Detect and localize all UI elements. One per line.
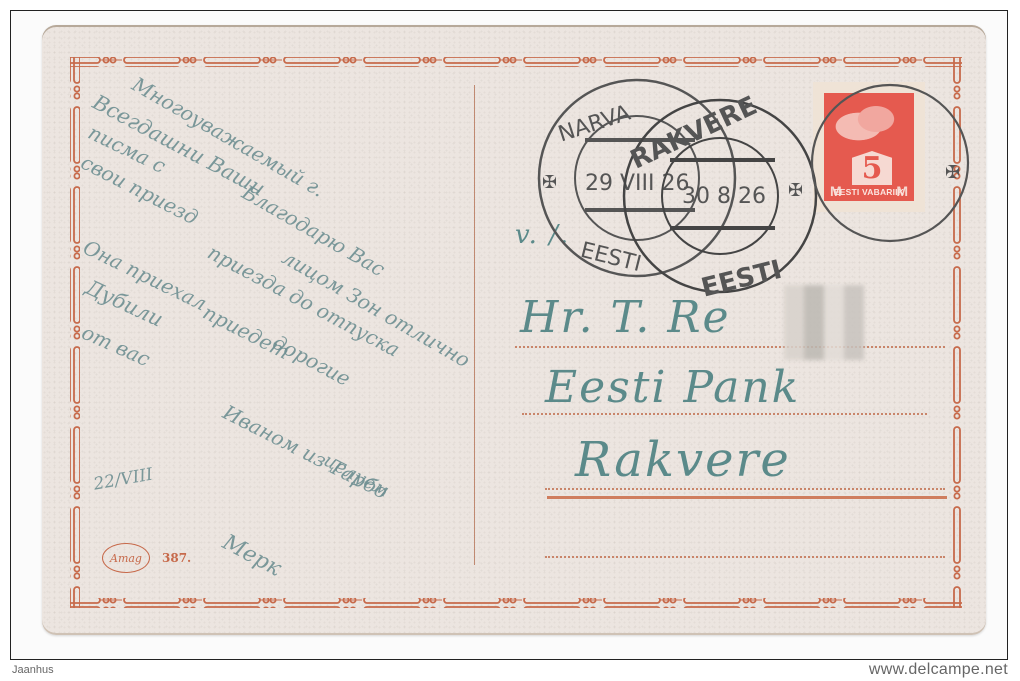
watermark-right[interactable]: www.delcampe.net (869, 661, 1008, 679)
postmark-narva: 29 VIII 26 NARVA EESTI ✠ (539, 80, 735, 277)
svg-text:✠: ✠ (542, 172, 557, 193)
address-line-4 (545, 556, 945, 558)
svg-text:✠: ✠ (945, 162, 960, 183)
address-institution: Eesti Pank (545, 362, 800, 413)
postmark-date-narva: 29 VIII 26 (585, 171, 690, 196)
publisher-number: 387. (162, 551, 191, 565)
postmark-country-rakvere: EESTI (698, 255, 784, 304)
center-divider (474, 85, 475, 565)
watermark-left: Jaanhus (12, 664, 54, 676)
publisher-logo: Amag (102, 543, 150, 573)
address-line-1 (515, 346, 945, 348)
postmark-tallinn: ✠ (812, 85, 968, 241)
address-city: Rakvere (575, 432, 791, 488)
address-underline (547, 496, 947, 499)
postmark-date-rakvere: 30 8 26 (682, 184, 766, 209)
postmark-rakvere: 30 8 26 RAKVERE EESTI ✠ (624, 91, 816, 304)
publisher-mark: Amag 387. (102, 543, 191, 573)
postmarks: 29 VIII 26 NARVA EESTI ✠ 30 8 26 RAKVERE… (530, 68, 970, 308)
svg-text:✠: ✠ (788, 180, 803, 201)
address-line-3 (545, 488, 945, 490)
address-line-2 (522, 413, 927, 415)
